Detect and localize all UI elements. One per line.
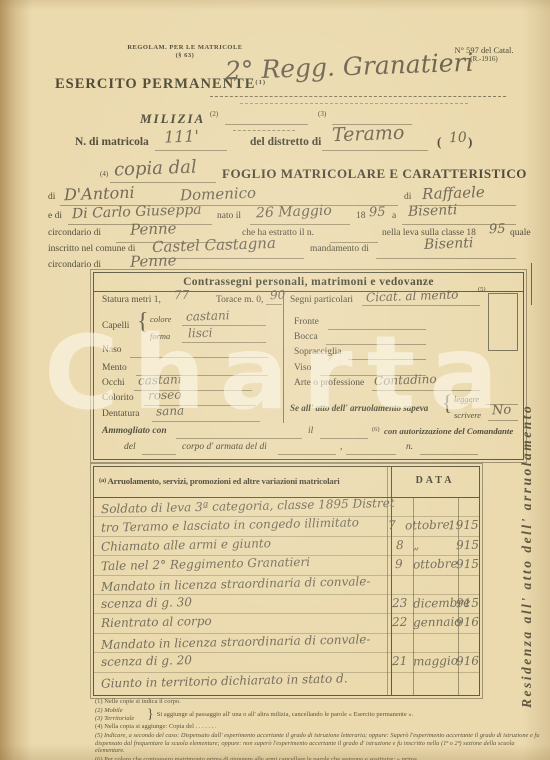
e-di-label: e di	[48, 211, 62, 221]
ruled-line	[372, 390, 480, 391]
capelli-brace: {	[137, 310, 149, 334]
service-entry-text: Giunto in territorio dichiarato in stato…	[101, 671, 348, 690]
service-entry-text: Soldato di leva 3ª categoria, classe 189…	[101, 496, 395, 516]
matricola-label: N. di matricola	[75, 136, 149, 148]
contrassegni-section: Contrassegni personali, matrimoni e vedo…	[93, 272, 524, 460]
ruled-line	[376, 258, 516, 259]
statura-label: Statura metri 1,	[102, 295, 161, 305]
footnote-brace: }	[147, 709, 154, 721]
sapeva-brace: {	[442, 392, 453, 414]
naso-label: Naso	[102, 345, 122, 355]
distretto-value: Teramo	[332, 122, 405, 147]
table-header-title: (a) Arruolamento, servizi, promozioni ed…	[99, 476, 339, 486]
forma-label: forma	[150, 331, 170, 341]
service-row: Chiamato alle armi e giunto8„915	[94, 537, 479, 556]
blank-line	[176, 438, 302, 439]
quale-label: quale	[510, 228, 531, 238]
milizia-footnote-mark-3: (3)	[318, 110, 326, 118]
milizia-footnote-mark: (2)	[210, 110, 218, 118]
table-header-footnote-mark: (a)	[99, 477, 106, 484]
comma: ,	[340, 442, 342, 452]
scanned-document-page: Charta REGOLAM. PER LE MATRICOLE (§ 63) …	[0, 0, 550, 760]
service-entry-text: Rientrato al corpo	[101, 614, 212, 630]
ruled-line	[362, 305, 480, 306]
segni-label: Segni particolari	[290, 295, 353, 305]
colorito-label: Colorito	[102, 393, 134, 403]
blank-line	[130, 357, 268, 358]
birth-place-value: Bisenti	[408, 202, 458, 220]
statura-value: 77	[174, 288, 190, 303]
fronte-label: Fronte	[294, 317, 319, 327]
footnote-6: (6) Per coloro che contrassero matrimoni…	[95, 756, 545, 760]
service-row: Rientrato al corpo22gennaio916	[94, 614, 479, 633]
service-entry-text: Mandato in licenza straordinaria di conv…	[101, 574, 371, 594]
title-footnote-mark: (4)	[100, 170, 108, 178]
blank-line	[278, 454, 336, 455]
service-rows: Soldato di leva 3ª categoria, classe 189…	[94, 498, 479, 692]
torace-value: 90	[270, 288, 286, 303]
viso-label: Viso	[294, 363, 311, 373]
torace-label: Torace m. 0,	[216, 295, 263, 305]
segni-footnote-mark: (5)	[478, 286, 486, 293]
ruled-line	[210, 96, 506, 97]
service-row: Tale nel 2° Reggimento Granatieri9ottobr…	[94, 556, 479, 575]
data-column-header: DATA	[393, 475, 477, 486]
forma-value: lisci	[188, 326, 213, 341]
service-row: Mandato in licenza straordinaria di conv…	[94, 576, 479, 595]
paren-open: (	[437, 134, 441, 150]
circondario1-label: circondario di	[48, 228, 101, 238]
ruled-line	[152, 421, 260, 422]
distretto-number: 10	[449, 130, 467, 147]
footnote-2-3: (2) Mobile (3) Territoriale } Si aggiung…	[95, 707, 545, 723]
footnotes: (1) Nelle copie si indica il corpo. (2) …	[95, 698, 545, 760]
service-entry-text: scenza di g. 30	[101, 595, 192, 611]
service-row: Soldato di leva 3ª categoria, classe 189…	[94, 498, 479, 517]
service-row: Mandato in licenza straordinaria di conv…	[94, 634, 479, 653]
blank-line	[142, 454, 176, 455]
service-row: Giunto in territorio dichiarato in stato…	[94, 673, 479, 692]
footnote-1: (1) Nelle copie si indica il corpo.	[95, 698, 545, 706]
blank-line	[328, 329, 426, 330]
leva-year-value: 95	[489, 222, 506, 238]
n-label: n.	[406, 442, 413, 452]
ruled-line	[233, 130, 295, 131]
service-entry-text: Mandato in licenza straordinaria di conv…	[101, 632, 371, 652]
ruled-line	[322, 150, 428, 151]
footnote-4: (4) Nella copia si aggiunge: Copia del .…	[95, 723, 545, 731]
segni-value: Cicat. al mento	[366, 287, 459, 304]
capelli-label: Capelli	[102, 321, 129, 331]
circondario1-value: Penne	[130, 219, 177, 239]
contrassegni-title: Contrassegni personali, matrimoni e vedo…	[94, 276, 523, 288]
dentatura-value: sana	[156, 404, 185, 419]
occhi-value: castani	[138, 372, 182, 388]
occhi-label: Occhi	[102, 378, 125, 388]
mandamento-value: Bisenti	[424, 235, 474, 253]
birth-year-value: 95	[369, 205, 386, 221]
footnote-2-3-text: Si aggiunge al passaggio all' una o all'…	[157, 711, 413, 719]
service-entry-text: scenza di g. 20	[101, 653, 192, 669]
professione-value: Contadino	[374, 372, 437, 388]
di-label: di	[48, 192, 55, 202]
vertical-margin-note: Residenza all' atto dell' arruolamento	[519, 258, 544, 708]
del-label: del	[124, 442, 136, 452]
milizia-label: MILIZIA	[140, 111, 205, 127]
bocca-label: Bocca	[294, 332, 318, 342]
dentatura-label: Dentatura	[102, 409, 139, 419]
distretto-label: del distretto di	[250, 136, 321, 148]
footnote-2: (2) Mobile	[95, 707, 147, 715]
blank-line	[326, 344, 426, 345]
service-entry-text: Tale nel 2° Reggimento Granatieri	[101, 555, 310, 573]
instruction-grade-box	[488, 293, 518, 351]
di-father-label: di	[404, 192, 411, 202]
service-row: scenza di g. 2021maggio916	[94, 653, 479, 672]
blank-line	[348, 359, 426, 360]
scrivere-label: scrivere	[454, 410, 481, 420]
colorito-value: roseo	[148, 387, 182, 402]
sopracciglia-label: Sopracciglia	[294, 347, 341, 357]
inscritto-label: inscritto nel comune di	[48, 244, 135, 254]
blank-line	[420, 454, 478, 455]
blank-line	[346, 454, 396, 455]
nato-il-label: nato il	[217, 211, 241, 221]
service-record-table: (a) Arruolamento, servizi, promozioni ed…	[93, 466, 480, 696]
copia-dal-handwritten: copia dal	[114, 157, 197, 181]
leggere-label: leggere	[454, 394, 479, 404]
mother-name-value: Di Carlo Giuseppa	[72, 202, 202, 223]
ruled-line	[250, 224, 350, 225]
page-title: FOGLIO MATRICOLARE E CARATTERISTICO	[222, 166, 527, 182]
stamp-line1: REGOLAM. PER LE MATRICOLE	[105, 44, 265, 52]
birth-century-label: 18	[356, 211, 366, 221]
service-row: tro Teramo e lasciato in congedo illimit…	[94, 517, 479, 536]
sapeva-label: Se all' atto dell' arruolamento sapeva	[290, 403, 428, 413]
mandamento-label: mandamento di	[310, 244, 369, 254]
arte-professione-label: Arte o professione	[294, 378, 364, 388]
ammogliato-footnote-mark: (6)	[372, 426, 380, 433]
ruled-line	[182, 342, 266, 343]
blank-line	[320, 438, 368, 439]
column-divider	[283, 291, 284, 423]
mento-label: Mento	[102, 363, 127, 373]
paren-close: )	[468, 134, 472, 150]
circondario2-value: Penne	[130, 251, 177, 271]
section-rule	[94, 291, 523, 292]
matricola-value: 111'	[164, 126, 200, 146]
scrivere-value: No	[492, 403, 512, 419]
ruled-line	[155, 150, 227, 151]
corpo-armata-label: corpo d' armata del dì	[182, 442, 267, 452]
il-label: il	[308, 426, 313, 436]
colore-value: castani	[186, 308, 230, 324]
ruled-line	[266, 304, 282, 305]
ammogliato-label: Ammogliato con	[102, 426, 167, 436]
service-entry-text: tro Teramo e lasciato in congedo illimit…	[101, 516, 359, 535]
circondario2-label: circondario di	[48, 260, 101, 270]
ruled-line	[488, 420, 518, 421]
birth-date-value: 26 Maggio	[256, 203, 332, 222]
blank-line	[330, 242, 378, 243]
table-header-row: (a) Arruolamento, servizi, promozioni ed…	[94, 467, 479, 498]
scan-left-edge-shadow	[0, 0, 32, 760]
blank-line	[225, 124, 308, 125]
ruled-line	[240, 103, 468, 104]
footnote-3: (3) Territoriale	[95, 715, 147, 723]
service-entry-text: Chiamato alle armi e giunto	[101, 536, 271, 554]
service-row: scenza di g. 3023dicembre915	[94, 595, 479, 614]
colore-label: colore	[150, 314, 171, 324]
autorizzazione-label: con autorizzazione del Comandante	[384, 426, 513, 436]
father-name-value: Raffaele	[422, 183, 485, 203]
a-label: a	[392, 211, 396, 221]
footnote-5: (5) Indicare, a secondo del caso: Dispen…	[95, 732, 545, 755]
surname-value: D'Antoni	[64, 183, 135, 204]
